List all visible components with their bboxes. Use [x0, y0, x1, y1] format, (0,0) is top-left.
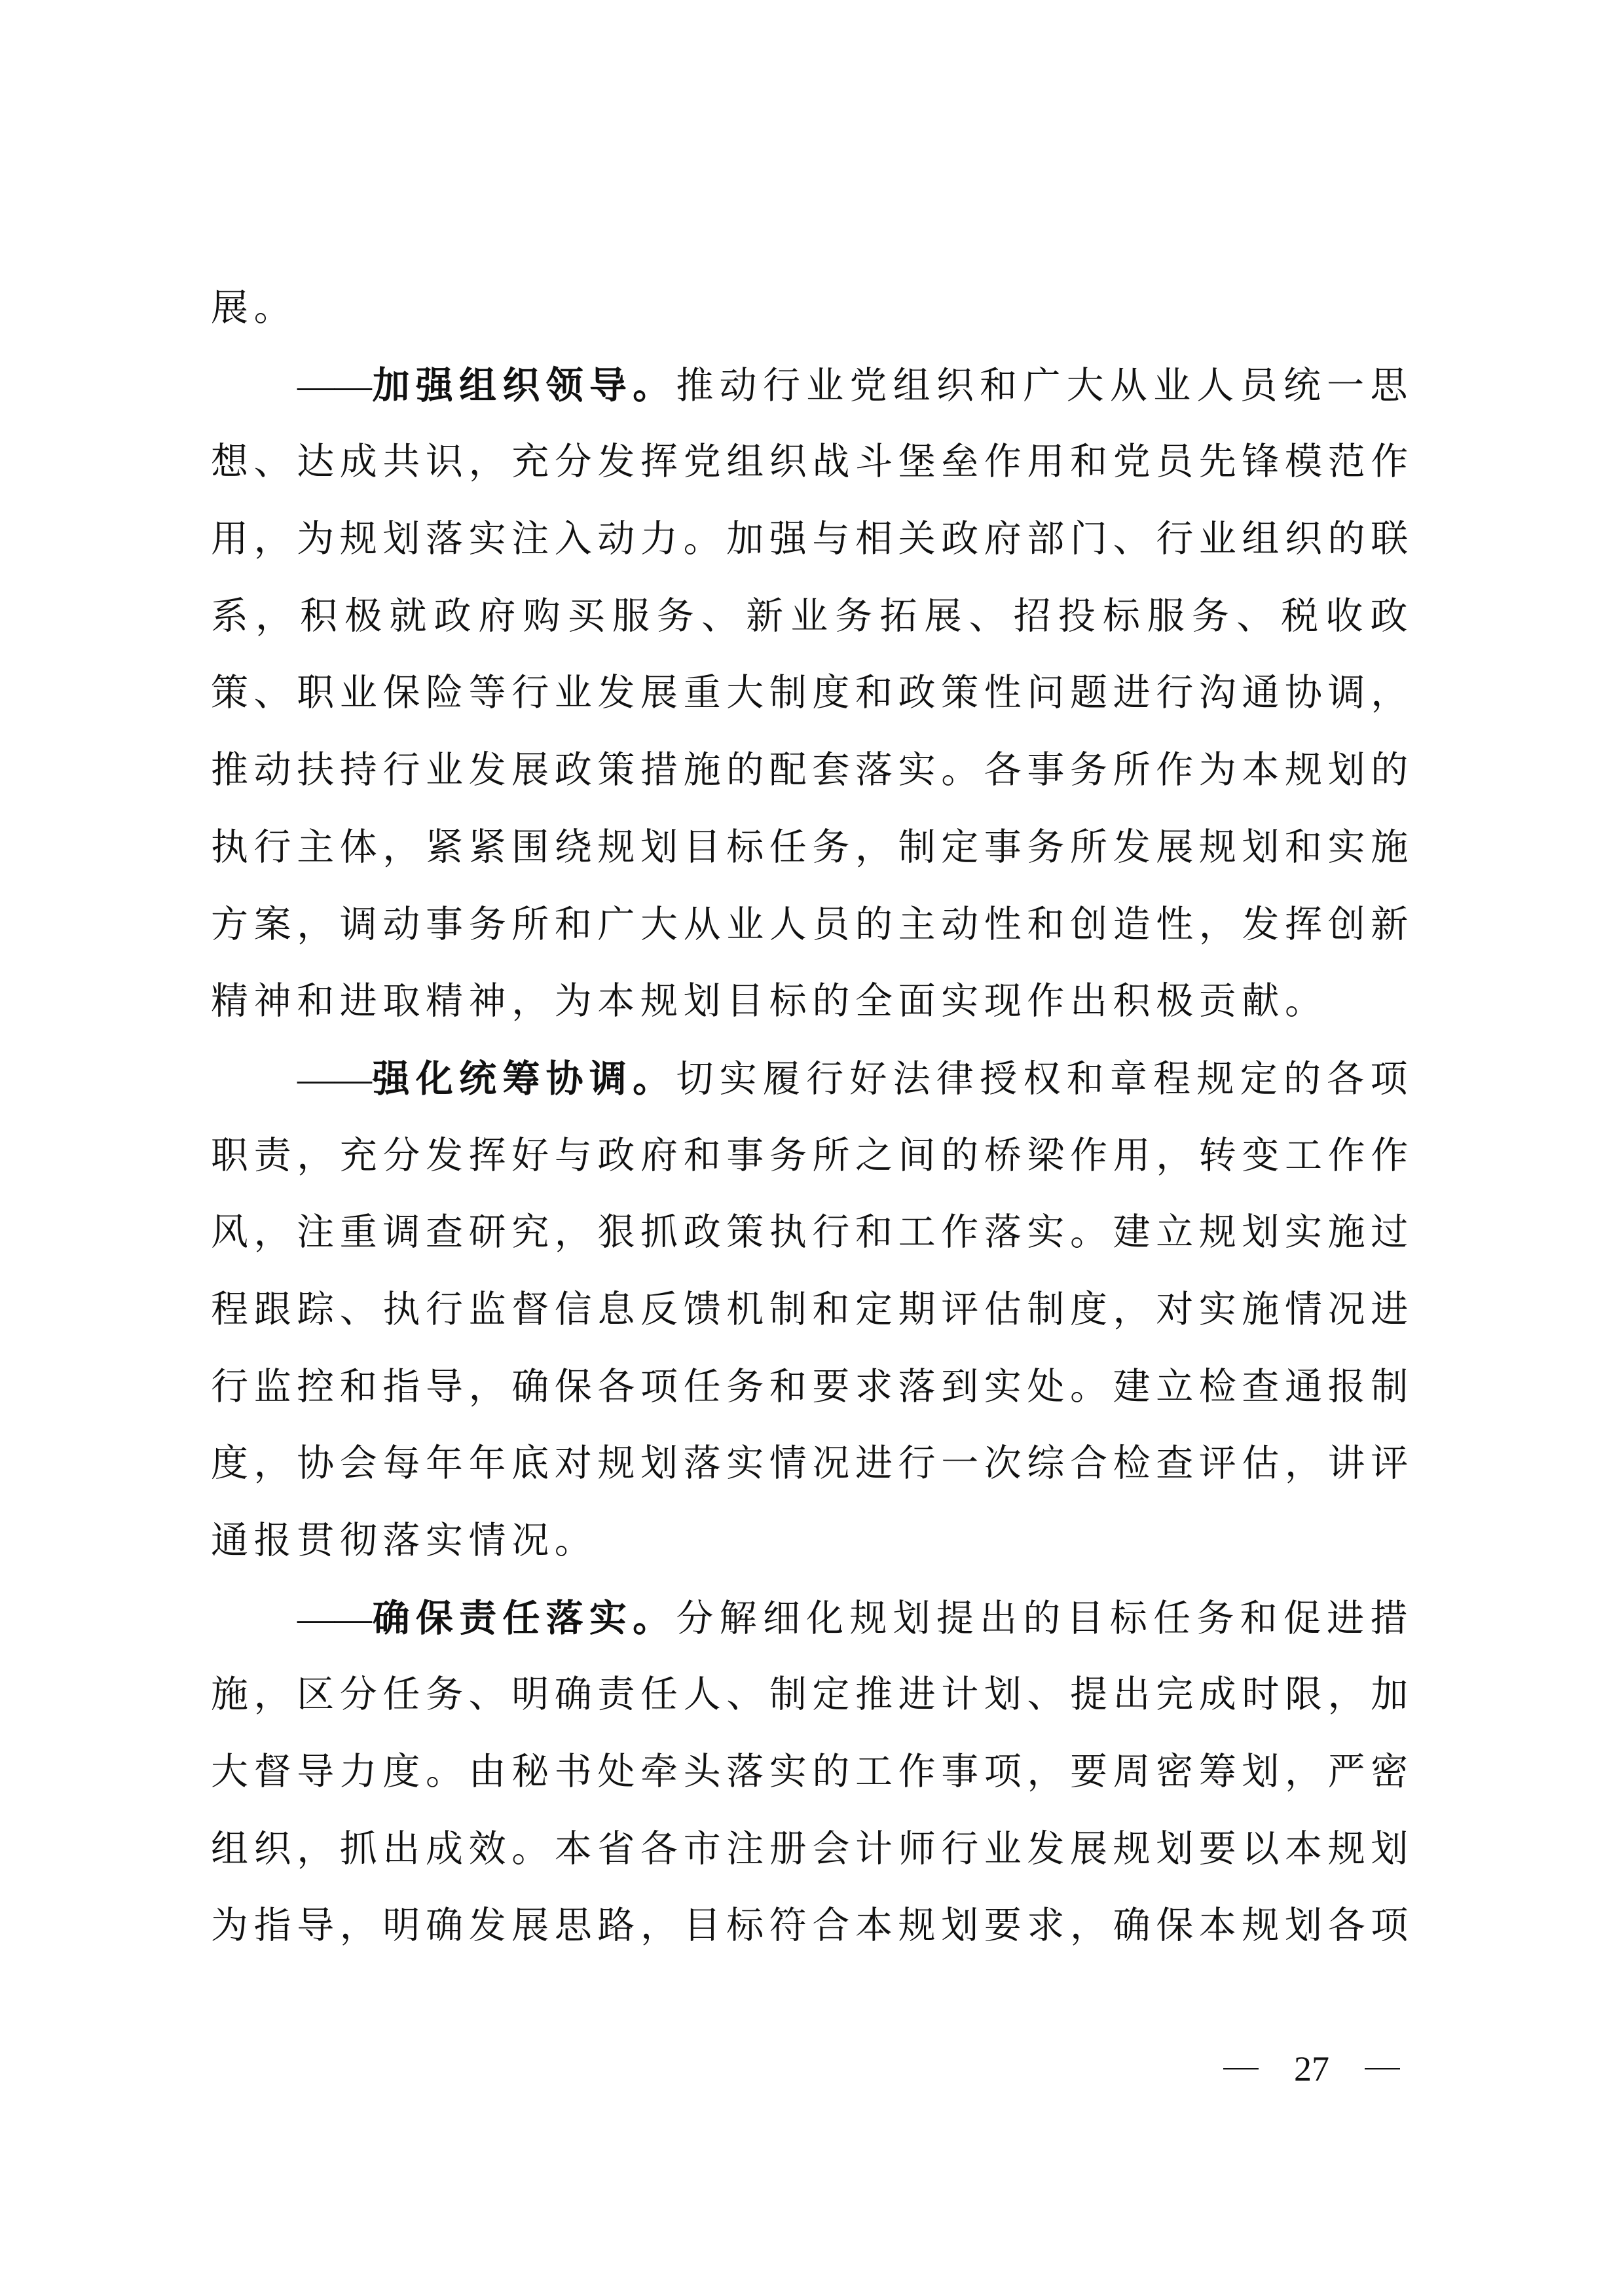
em-dash: —— — [297, 365, 372, 407]
section-heading-line: ——加强组织领导。推动行业党组织和广大从业人员统一思 — [211, 347, 1413, 424]
line-text: 施，区分任务、明确责任人、制定推进计划、提出完成时限，加 — [211, 1673, 1414, 1716]
line-text: 策、职业保险等行业发展重大制度和政策性问题进行沟通协调， — [211, 671, 1414, 714]
line-text: 风，注重调查研究，狠抓政策执行和工作落实。建立规划实施过 — [211, 1211, 1414, 1254]
text-line: 职责，充分发挥好与政府和事务所之间的桥梁作用，转变工作作 — [211, 1118, 1413, 1195]
line-text: 大督导力度。由秘书处牵头落实的工作事项，要周密筹划，严密 — [211, 1750, 1414, 1793]
line-text: 通报贯彻落实情况。 — [211, 1519, 597, 1562]
line-text: 方案，调动事务所和广大从业人员的主动性和创造性，发挥创新 — [211, 903, 1414, 946]
page-number-value: 27 — [1294, 2049, 1329, 2089]
line-text: 系，积极就政府购买服务、新业务拓展、招投标服务、税收政 — [211, 594, 1413, 638]
text-line: 度，协会每年年底对规划落实情况进行一次综合检查评估，讲评 — [211, 1425, 1413, 1503]
section-heading-line: ——确保责任落实。分解细化规划提出的目标任务和促进措 — [211, 1580, 1413, 1657]
page-number: 27 — [1223, 2043, 1400, 2095]
text-line: 策、职业保险等行业发展重大制度和政策性问题进行沟通协调， — [211, 655, 1413, 732]
text-line: 风，注重调查研究，狠抓政策执行和工作落实。建立规划实施过 — [211, 1194, 1413, 1271]
line-text: 精神和进取精神，为本规划目标的全面实现作出积极贡献。 — [211, 979, 1328, 1023]
text-line: 行监控和指导，确保各项任务和要求落到实处。建立检查通报制 — [211, 1349, 1413, 1426]
text-line: 展。 — [211, 270, 1413, 347]
text-line: 为指导，明确发展思路，目标符合本规划要求，确保本规划各项 — [211, 1887, 1413, 1965]
text-line: 推动扶持行业发展政策措施的配套落实。各事务所作为本规划的 — [211, 732, 1413, 809]
line-text: 展。 — [211, 286, 297, 329]
line-text: 分解细化规划提出的目标任务和促进措 — [676, 1597, 1413, 1640]
line-text: 想、达成共识，充分发挥党组织战斗堡垒作用和党员先锋模范作 — [211, 440, 1414, 483]
document-body: 展。 ——加强组织领导。推动行业党组织和广大从业人员统一思 想、达成共识，充分发… — [211, 270, 1413, 1965]
text-line: 系，积极就政府购买服务、新业务拓展、招投标服务、税收政 — [211, 578, 1413, 655]
line-text: 推动扶持行业发展政策措施的配套落实。各事务所作为本规划的 — [211, 748, 1414, 792]
page-number-right-rule — [1365, 2068, 1400, 2069]
text-line: 组织，抓出成效。本省各市注册会计师行业发展规划要以本规划 — [211, 1811, 1413, 1888]
text-line: 施，区分任务、明确责任人、制定推进计划、提出完成时限，加 — [211, 1656, 1413, 1734]
section-heading-line: ——强化统筹协调。切实履行好法律授权和章程规定的各项 — [211, 1040, 1413, 1118]
em-dash: —— — [297, 1598, 372, 1639]
section-heading: 确保责任落实。 — [372, 1596, 676, 1640]
text-line: 想、达成共识，充分发挥党组织战斗堡垒作用和党员先锋模范作 — [211, 424, 1413, 501]
line-text: 程跟踪、执行监督信息反馈机制和定期评估制度，对实施情况进 — [211, 1288, 1414, 1331]
line-text: 推动行业党组织和广大从业人员统一思 — [676, 364, 1413, 407]
text-line: 方案，调动事务所和广大从业人员的主动性和创造性，发挥创新 — [211, 886, 1413, 964]
section-heading: 加强组织领导。 — [372, 363, 676, 407]
line-text: 度，协会每年年底对规划落实情况进行一次综合检查评估，讲评 — [211, 1442, 1414, 1485]
text-line: 程跟踪、执行监督信息反馈机制和定期评估制度，对实施情况进 — [211, 1271, 1413, 1349]
line-text: 组织，抓出成效。本省各市注册会计师行业发展规划要以本规划 — [211, 1827, 1414, 1870]
text-line: 用，为规划落实注入动力。加强与相关政府部门、行业组织的联 — [211, 501, 1413, 578]
line-text: 为指导，明确发展思路，目标符合本规划要求，确保本规划各项 — [211, 1904, 1414, 1947]
line-text: 用，为规划落实注入动力。加强与相关政府部门、行业组织的联 — [211, 517, 1414, 560]
line-text: 切实履行好法律授权和章程规定的各项 — [676, 1057, 1413, 1101]
section-heading: 强化统筹协调。 — [372, 1057, 676, 1101]
text-line: 大督导力度。由秘书处牵头落实的工作事项，要周密筹划，严密 — [211, 1734, 1413, 1811]
em-dash: —— — [297, 1059, 372, 1100]
page-number-left-rule — [1223, 2068, 1259, 2069]
line-text: 执行主体，紧紧围绕规划目标任务，制定事务所发展规划和实施 — [211, 826, 1414, 869]
text-line: 执行主体，紧紧围绕规划目标任务，制定事务所发展规划和实施 — [211, 809, 1413, 886]
text-line: 精神和进取精神，为本规划目标的全面实现作出积极贡献。 — [211, 963, 1413, 1040]
line-text: 行监控和指导，确保各项任务和要求落到实处。建立检查通报制 — [211, 1365, 1414, 1408]
text-line: 通报贯彻落实情况。 — [211, 1503, 1413, 1580]
line-text: 职责，充分发挥好与政府和事务所之间的桥梁作用，转变工作作 — [211, 1134, 1414, 1177]
